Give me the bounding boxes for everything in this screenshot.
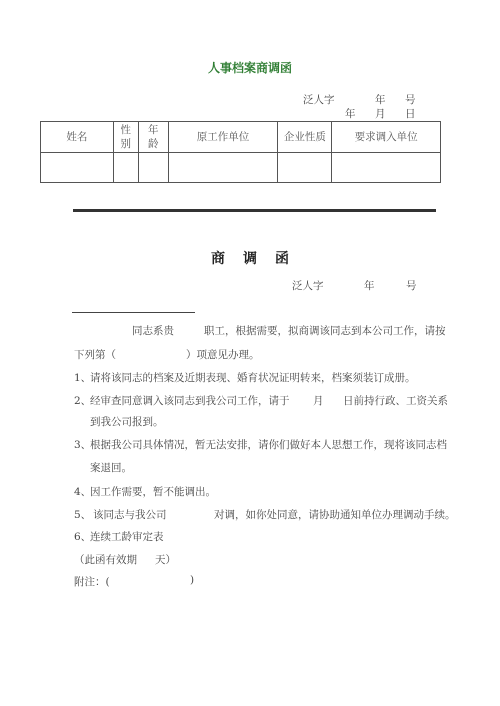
option-text: 因工作需要，暂不能调出。 [90,484,216,499]
cell-name[interactable] [41,153,114,183]
option-num: 1、 [74,370,91,385]
option-text-cont: 案退回。 [90,460,132,475]
ref-number: 号 [405,92,416,107]
validity-text-a: （此函有效期 [74,552,137,567]
ref-prefix: 泛人字 [303,92,335,107]
intro-text-a: 同志系贵 [132,323,174,338]
header-age-line1: 年 [139,123,168,137]
date-month: 月 [375,106,386,121]
note-label: 附注：( [74,574,110,589]
option-num: 6、 [74,529,91,544]
table-row [41,153,441,183]
header-target-unit: 要求调入单位 [332,122,441,153]
option-num: 3、 [74,437,91,452]
date-year: 年 [345,106,356,121]
letter-title-char: 函 [275,251,289,267]
recipient-blank-line[interactable] [72,312,195,313]
header-enterprise-type: 企业性质 [278,122,332,153]
validity-text-b: 天） [155,552,176,567]
intro-line2-a: 下列第（ [74,347,116,362]
option-num: 5、 [74,507,91,522]
header-gender-line2: 别 [114,137,138,151]
cell-age[interactable] [138,153,168,183]
personnel-table: 姓名 性 别 年 龄 原工作单位 企业性质 要求调入单位 [40,121,441,183]
table-header-row: 姓名 性 别 年 龄 原工作单位 企业性质 要求调入单位 [41,122,441,153]
document-title: 人事档案商调函 [0,59,500,76]
header-age-line2: 龄 [139,137,168,151]
option-text-a: 该同志与我公司 [93,507,167,522]
option-text-cont: 到我公司报到。 [90,414,164,429]
letter-title-char: 调 [243,251,257,267]
section-divider [73,209,436,212]
header-gender: 性 别 [113,122,138,153]
header-age: 年 龄 [138,122,168,153]
cell-enterprise-type[interactable] [278,153,332,183]
option-text-a: 经审查同意调入该同志到我公司工作，请于 [90,393,290,408]
ref-year: 年 [375,92,386,107]
letter-title-char: 商 [211,251,225,267]
date-day: 日 [405,106,416,121]
option-text: 请将该同志的档案及近期表现、婚育状况证明转来，档案须装订成册。 [90,370,416,385]
header-gender-line1: 性 [114,123,138,137]
option-num: 2、 [74,393,91,408]
cell-target-unit[interactable] [332,153,441,183]
option-text-b: 日前持行政、工资关系 [343,393,448,408]
note-close: ) [190,574,194,586]
letter-ref-prefix: 泛人字 [292,278,324,293]
intro-text-b: 职工，根据需要，拟商调该同志到本公司工作，请按 [204,323,446,338]
option-text: 根据我公司具体情况，暂无法安排，请你们做好本人思想工作，现将该同志档 [90,437,447,452]
option-text: 连续工龄审定表 [90,529,164,544]
header-name: 姓名 [41,122,114,153]
header-original-unit: 原工作单位 [168,122,278,153]
letter-title: 商调函 [0,248,500,268]
option-month: 月 [313,393,324,408]
option-text-b: 对调，如你处同意，请协助通知单位办理调动手续。 [214,507,456,522]
cell-original-unit[interactable] [168,153,278,183]
intro-line2-b: ）项意见办理。 [186,347,260,362]
letter-ref-number: 号 [406,278,417,293]
cell-gender[interactable] [113,153,138,183]
option-num: 4、 [74,484,91,499]
letter-ref-year: 年 [364,278,375,293]
